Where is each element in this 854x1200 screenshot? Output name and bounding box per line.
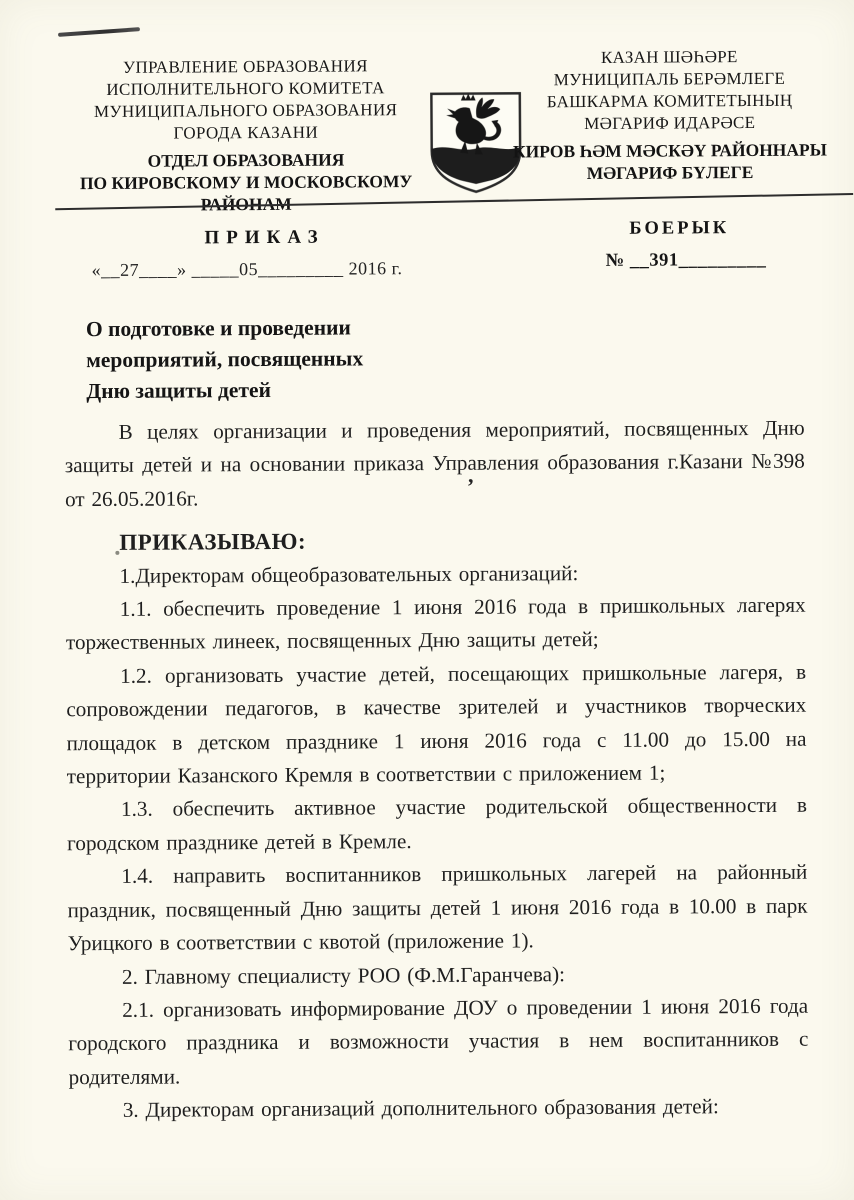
letterhead-org-tatar: КАЗАН ШӘҺӘРЕ МУНИЦИПАЛЬ БЕРӘМЛЕГЕ БАШКАР… [478, 45, 854, 135]
order-date: «__27____» _____05_________ 2016 г. [92, 258, 403, 281]
paragraph-item-1-3: 1.3. обеспечить активное участие родител… [67, 789, 807, 860]
order-title-tatar: БОЕРЫК [629, 218, 729, 240]
paragraph-item-2-1: 2.1. организовать информирование ДОУ о п… [68, 990, 809, 1095]
paragraph-preamble: В целях организации и проведения меропри… [65, 412, 806, 517]
subject-line: мероприятий, посвященных [86, 343, 363, 376]
paragraph-item-1-2: 1.2. организовать участие детей, посещаю… [66, 656, 807, 794]
paragraph-item-1: 1.Директорам общеобразовательных организ… [65, 555, 805, 593]
letterhead-dept-tatar: КИРОВ ҺӘМ МӘСКӘҮ РАЙОННАРЫ МӘГАРИФ БҮЛЕГ… [479, 138, 854, 184]
document-content: УПРАВЛЕНИЕ ОБРАЗОВАНИЯ ИСПОЛНИТЕЛЬНОГО К… [0, 0, 854, 1200]
paragraph-item-3: 3. Директорам организаций дополнительног… [69, 1090, 809, 1128]
org-line: УПРАВЛЕНИЕ ОБРАЗОВАНИЯ [62, 55, 428, 79]
dept-line: КИРОВ ҺӘМ МӘСКӘҮ РАЙОННАРЫ [479, 138, 854, 162]
order-title-russian: ПРИКАЗ [204, 227, 324, 250]
order-body: В целях организации и проведения меропри… [65, 412, 809, 1128]
org-line: КАЗАН ШӘҺӘРЕ [478, 45, 854, 69]
paragraph-prikazyvayu: ПРИКАЗЫВАЮ: [65, 522, 805, 560]
letterhead-org-russian: УПРАВЛЕНИЕ ОБРАЗОВАНИЯ ИСПОЛНИТЕЛЬНОГО К… [62, 55, 429, 145]
ink-speck [115, 551, 119, 555]
paragraph-item-2: 2. Главному специалисту РОО (Ф.М.Гаранче… [68, 956, 808, 994]
dept-line: ОТДЕЛ ОБРАЗОВАНИЯ [53, 148, 439, 172]
paragraph-item-1-1: 1.1. обеспечить проведение 1 июня 2016 г… [66, 589, 806, 660]
org-line: ГОРОДА КАЗАНИ [63, 121, 429, 145]
org-line: МӘГАРИФ ИДАРӘСЕ [479, 111, 854, 135]
scanned-page: УПРАВЛЕНИЕ ОБРАЗОВАНИЯ ИСПОЛНИТЕЛЬНОГО К… [0, 0, 854, 1200]
subject-line: О подготовке и проведении [86, 312, 363, 345]
org-line: МУНИЦИПАЛЬНОГО ОБРАЗОВАНИЯ [63, 99, 429, 123]
dept-line: ПО КИРОВСКОМУ И МОСКОВСКОМУ [53, 170, 439, 194]
paragraph-item-1-4: 1.4. направить воспитанников пришкольных… [67, 856, 808, 961]
order-subject: О подготовке и проведении мероприятий, п… [86, 312, 364, 407]
subject-line: Дню защиты детей [86, 374, 363, 407]
dept-line: МӘГАРИФ БҮЛЕГЕ [479, 160, 854, 184]
stray-ink-mark: ’ [467, 474, 474, 500]
org-line: МУНИЦИПАЛЬ БЕРӘМЛЕГЕ [478, 67, 854, 91]
order-number: № __391_________ [606, 250, 767, 272]
org-line: ИСПОЛНИТЕЛЬНОГО КОМИТЕТА [62, 77, 428, 101]
org-line: БАШКАРМА КОМИТЕТЫНЫҢ [479, 89, 854, 113]
